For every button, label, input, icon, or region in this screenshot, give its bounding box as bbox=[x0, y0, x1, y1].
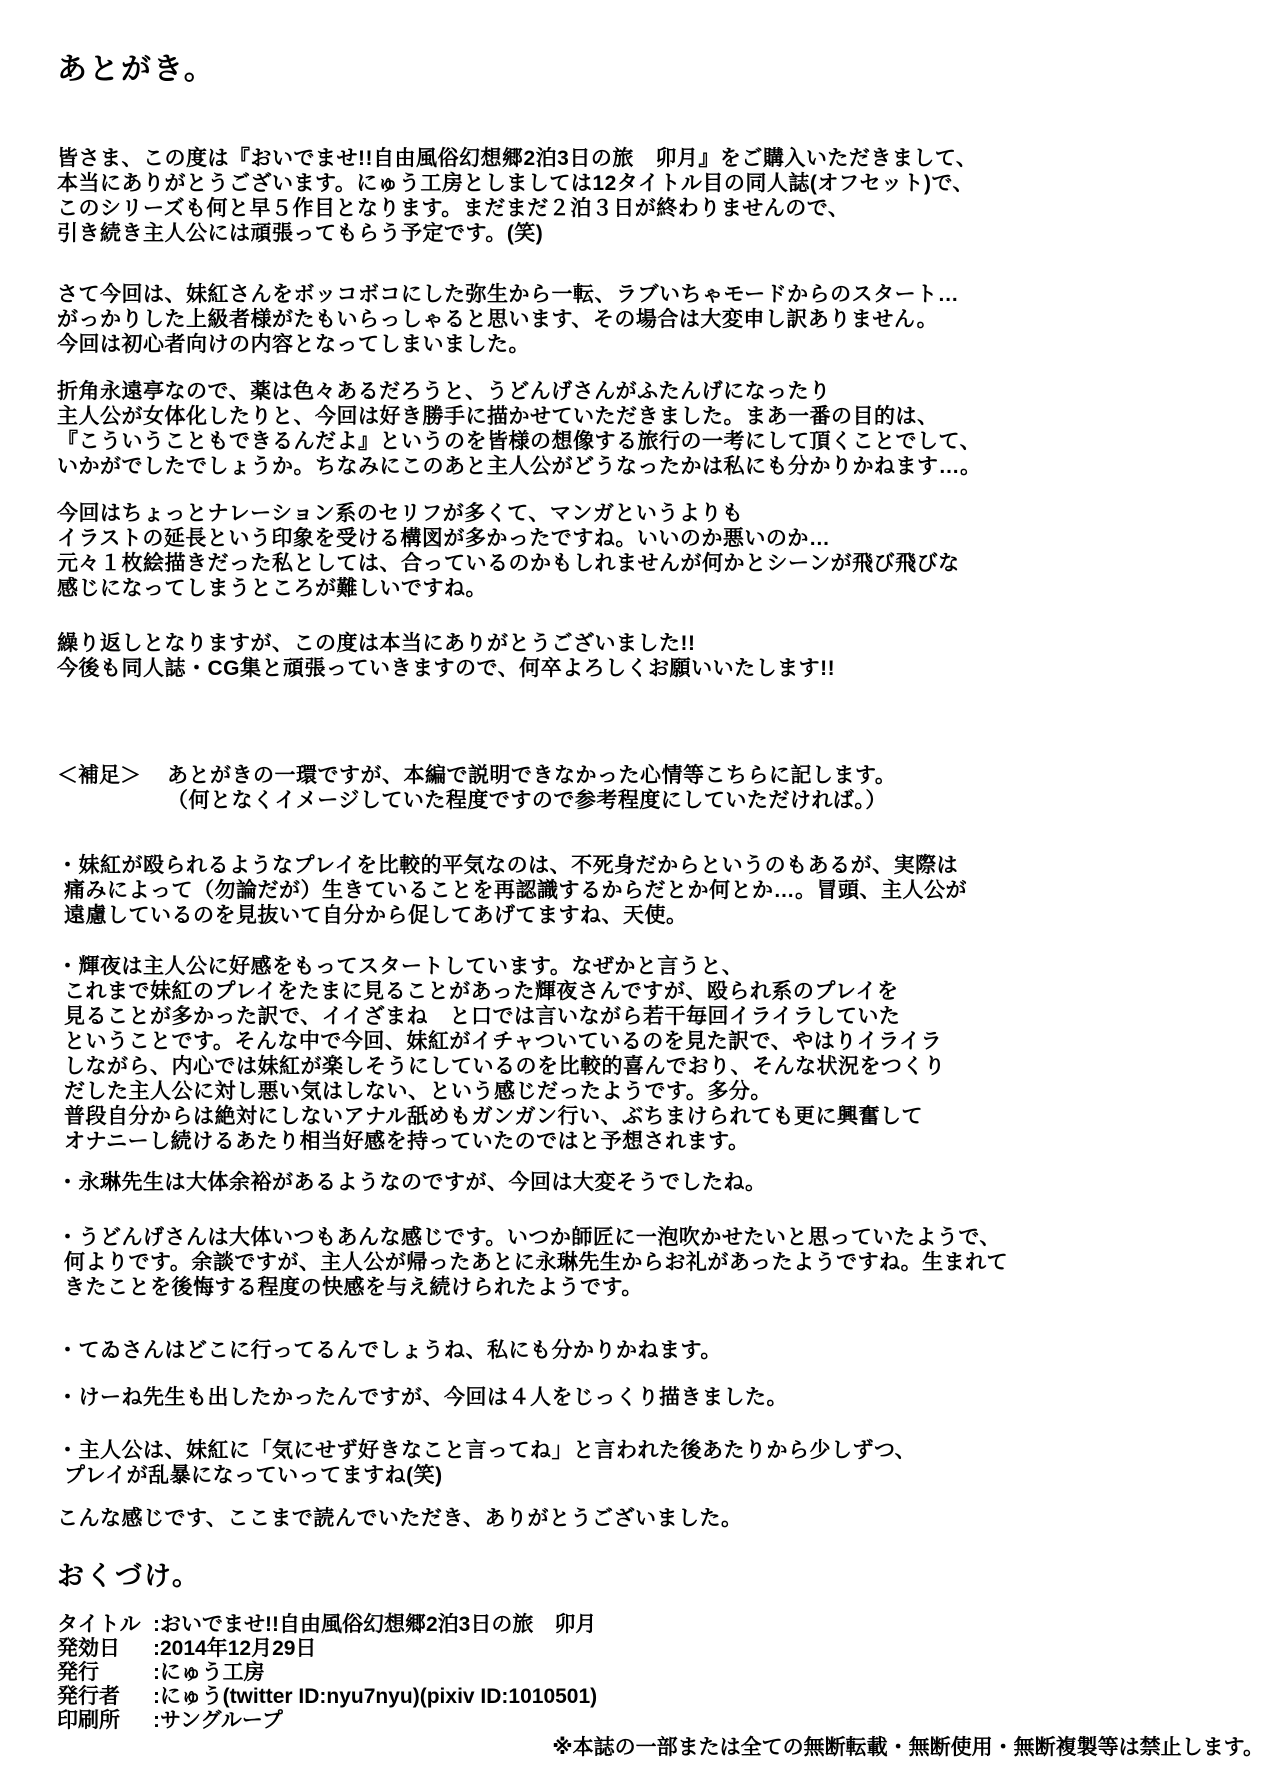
colophon-label: 発効日 bbox=[57, 1637, 153, 1661]
colophon-value: :おいでませ!!自由風俗幻想郷2泊3日の旅 卯月 bbox=[153, 1613, 596, 1636]
supplement-header: ＜補足＞ あとがきの一環ですが、本編で説明できなかった心情等こちらに記します。（… bbox=[57, 763, 1268, 813]
note-udonge: ・うどんげさんは大体いつもあんな感じです。いつか師匠に一泡吹かせたいと思っていた… bbox=[57, 1225, 1268, 1300]
colophon-label: 印刷所 bbox=[57, 1709, 153, 1733]
afterword-paragraph-narration: 今回はちょっとナレーション系のセリフが多くて、マンガというよりもイラストの延長と… bbox=[57, 501, 1268, 601]
afterword-page: あとがき。 皆さま、この度は『おいでませ!!自由風俗幻想郷2泊3日の旅 卯月』を… bbox=[0, 0, 1280, 1760]
copyright-disclaimer: ※本誌の一部または全ての無断転載・無断使用・無断複製等は禁止します。 bbox=[57, 1735, 1268, 1760]
colophon-label: 発行 bbox=[57, 1661, 153, 1685]
note-eirin: ・永琳先生は大体余裕があるようなのですが、今回は大変そうでしたね。 bbox=[57, 1170, 1268, 1195]
note-kaguya: ・輝夜は主人公に好感をもってスタートしています。なぜかと言うと、これまで妹紅のプ… bbox=[57, 954, 1268, 1154]
colophon-value: :にゅう(twitter ID:nyu7nyu)(pixiv ID:101050… bbox=[153, 1685, 597, 1708]
closing-line: こんな感じです、ここまで読んでいただき、ありがとうございました。 bbox=[57, 1506, 1268, 1531]
colophon-row-printer: 印刷所:サングループ bbox=[57, 1709, 1268, 1733]
note-mokou: ・妹紅が殴られるようなプレイを比較的平気なのは、不死身だからというのもあるが、実… bbox=[57, 853, 1268, 928]
afterword-paragraph-tone: さて今回は、妹紅さんをボッコボコにした弥生から一転、ラブいちゃモードからのスター… bbox=[57, 282, 1268, 357]
colophon-row-publisher: 発行:にゅう工房 bbox=[57, 1661, 1268, 1685]
note-tewi: ・てゐさんはどこに行ってるんでしょうね、私にも分かりかねます。 bbox=[57, 1338, 1268, 1363]
colophon-value: :にゅう工房 bbox=[153, 1661, 265, 1684]
colophon-heading: おくづけ。 bbox=[57, 1559, 1268, 1593]
colophon-label: 発行者 bbox=[57, 1685, 153, 1709]
afterword-paragraph-eientei: 折角永遠亭なので、薬は色々あるだろうと、うどんげさんがふたんげになったり主人公が… bbox=[57, 379, 1268, 479]
colophon-value: :サングループ bbox=[153, 1709, 283, 1732]
colophon-row-date: 発効日:2014年12月29日 bbox=[57, 1637, 1268, 1661]
colophon-row-author: 発行者:にゅう(twitter ID:nyu7nyu)(pixiv ID:101… bbox=[57, 1685, 1268, 1709]
afterword-heading: あとがき。 bbox=[57, 52, 1268, 88]
afterword-paragraph-repeat-thanks: 繰り返しとなりますが、この度は本当にありがとうございました!!今後も同人誌・CG… bbox=[57, 631, 1268, 681]
colophon-label: タイトル bbox=[57, 1613, 153, 1637]
afterword-paragraph-thanks: 皆さま、この度は『おいでませ!!自由風俗幻想郷2泊3日の旅 卯月』をご購入いただ… bbox=[57, 146, 1268, 246]
colophon-row-title: タイトル:おいでませ!!自由風俗幻想郷2泊3日の旅 卯月 bbox=[57, 1613, 1268, 1637]
note-keine: ・けーね先生も出したかったんですが、今回は４人をじっくり描きました。 bbox=[57, 1385, 1268, 1410]
supplement-intro: あとがきの一環ですが、本編で説明できなかった心情等こちらに記します。（何となくイ… bbox=[167, 763, 896, 813]
note-protagonist: ・主人公は、妹紅に「気にせず好きなこと言ってね」と言われた後あたりから少しずつ、… bbox=[57, 1438, 1268, 1488]
colophon: タイトル:おいでませ!!自由風俗幻想郷2泊3日の旅 卯月 発効日:2014年12… bbox=[57, 1613, 1268, 1733]
colophon-value: :2014年12月29日 bbox=[153, 1637, 316, 1660]
supplement-label: ＜補足＞ bbox=[57, 763, 167, 813]
